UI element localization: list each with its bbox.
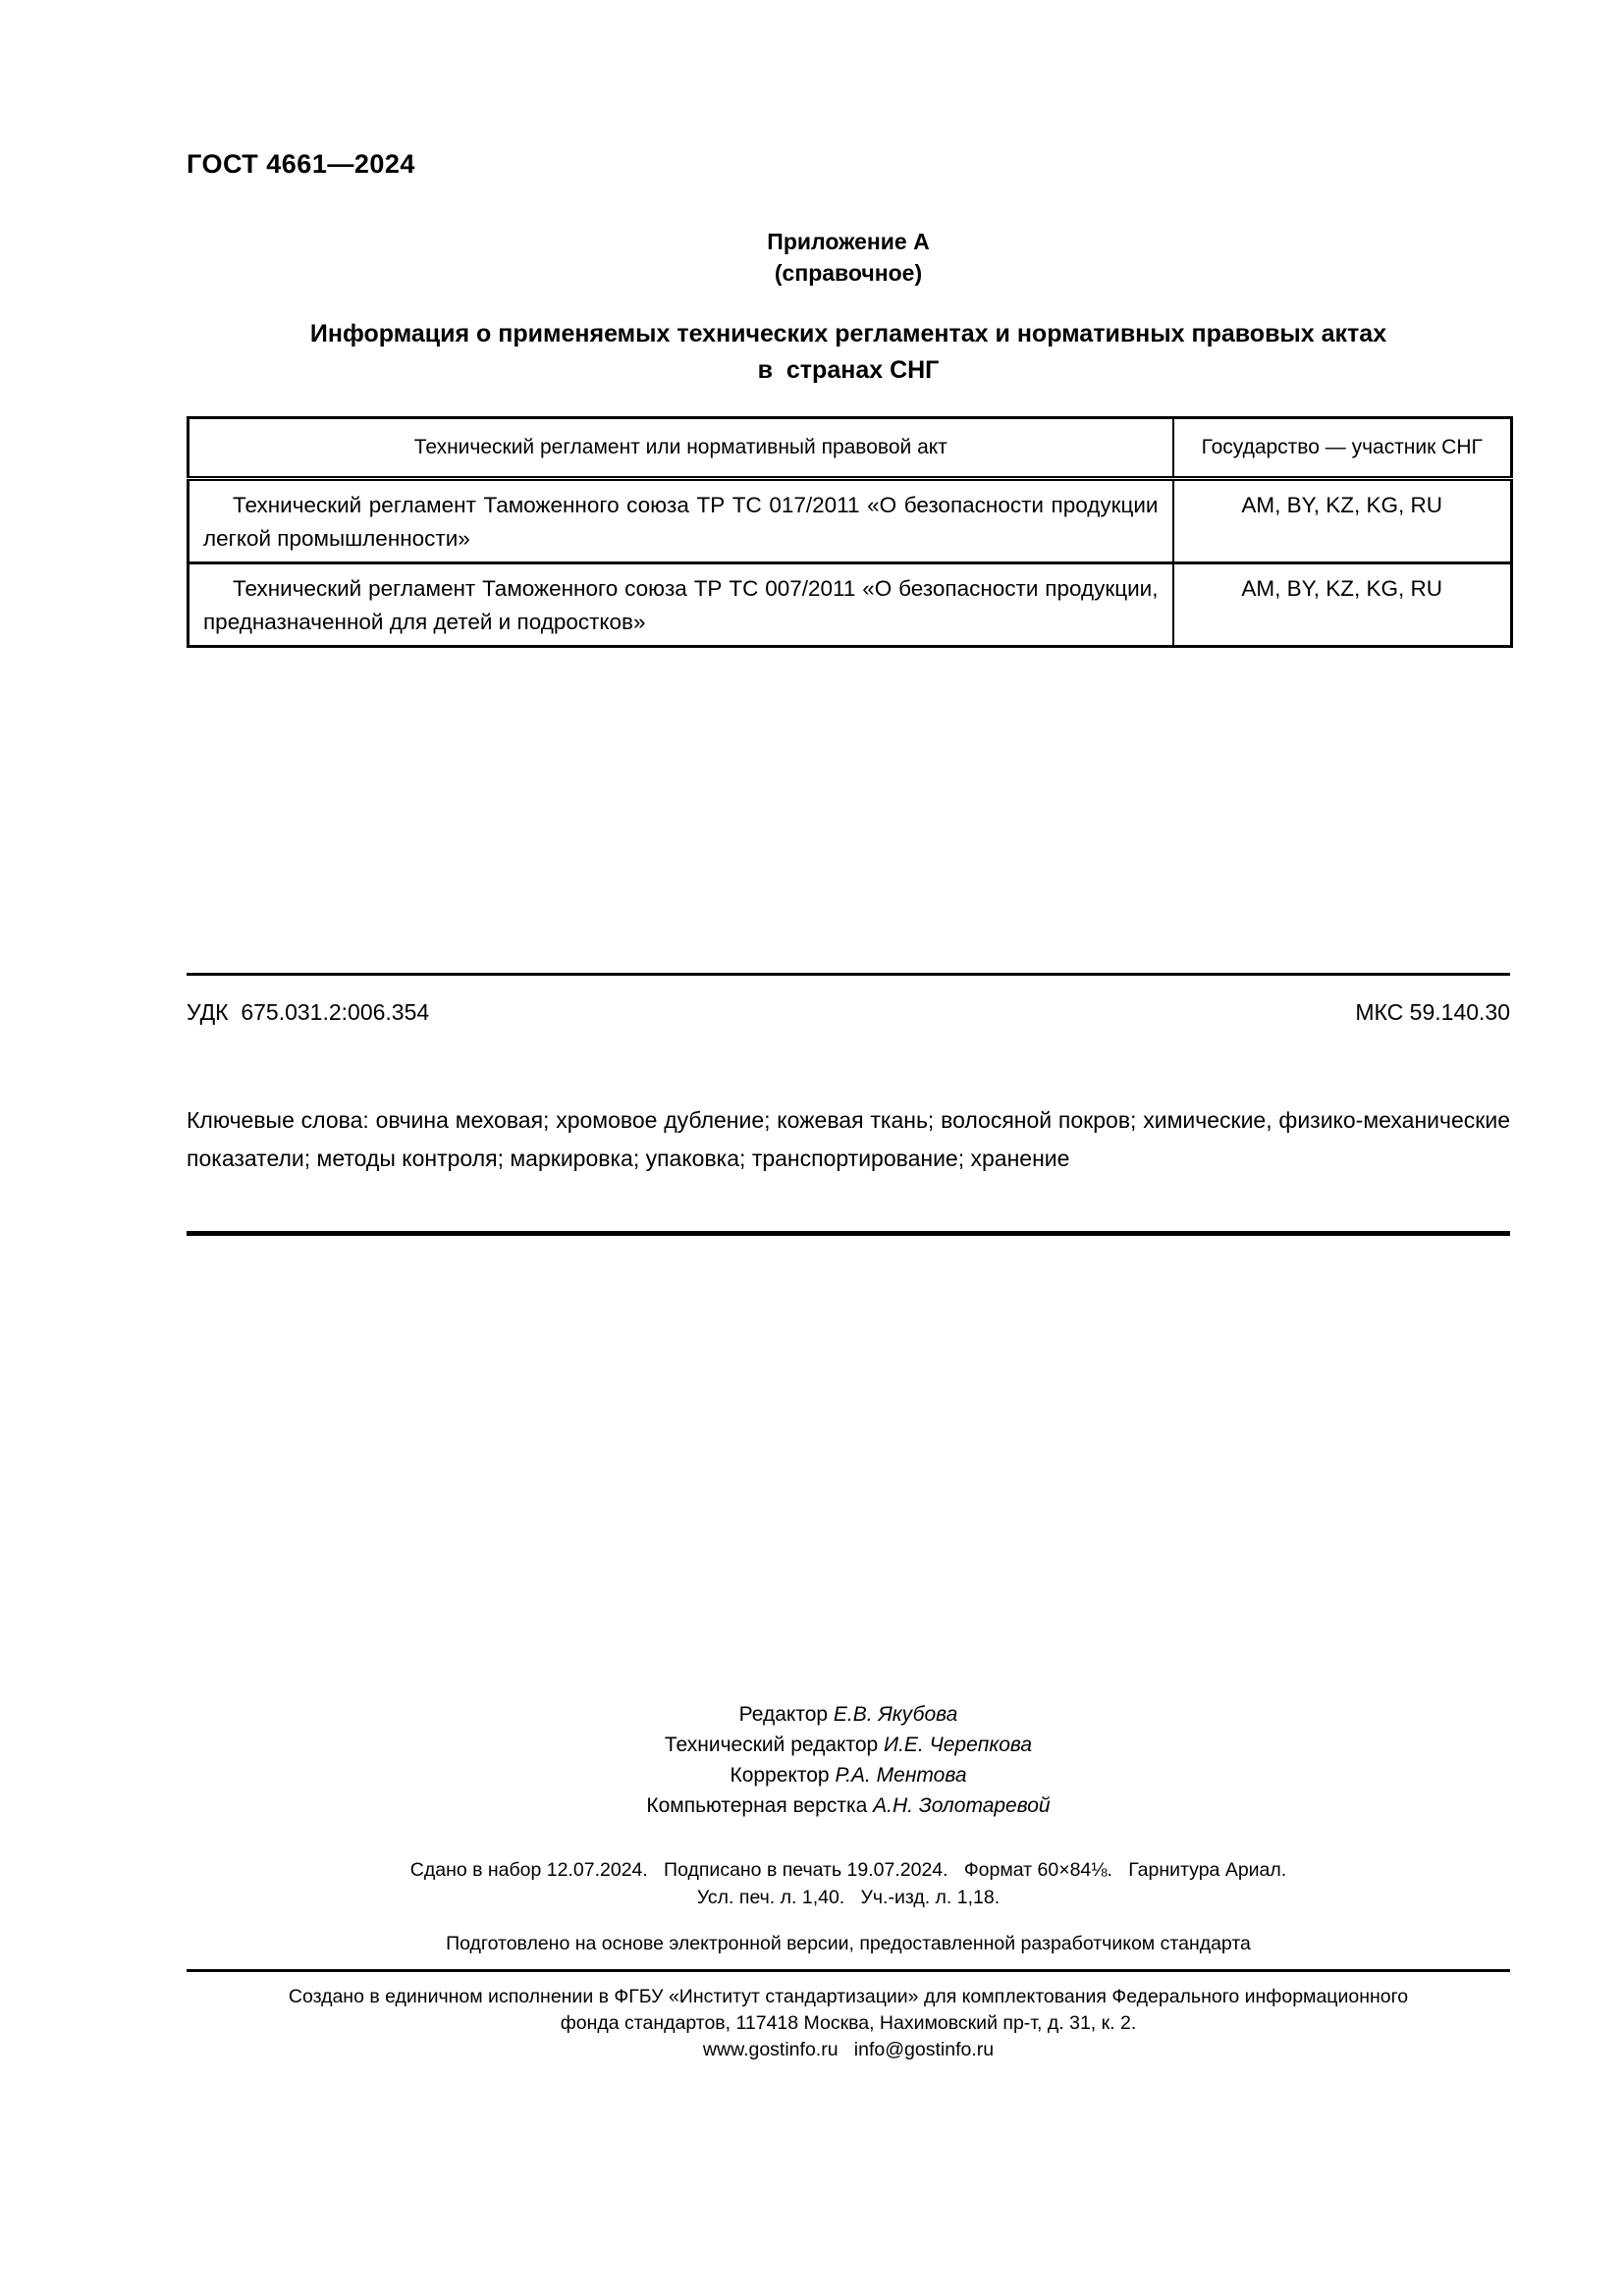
appendix-type: (справочное) (187, 257, 1510, 289)
credit-line: Технический редактор И.Е. Черепкова (187, 1730, 1510, 1760)
regulation-cell: Технический регламент Таможенного союза … (189, 479, 1173, 563)
doc-number: ГОСТ 4661—2024 (187, 149, 1510, 180)
mks-code: МКС 59.140.30 (1355, 999, 1510, 1026)
credit-line: Компьютерная верстка А.Н. Золотаревой (187, 1790, 1510, 1821)
regulations-table: Технический регламент или нормативный пр… (187, 416, 1513, 648)
credit-name: Е.В. Якубова (834, 1703, 957, 1726)
appendix-title-line1: Информация о применяемых технических рег… (187, 316, 1510, 352)
keywords-paragraph: Ключевые слова: овчина меховая; хромовое… (187, 1101, 1510, 1178)
imprint-line2: Усл. печ. л. 1,40. Уч.-изд. л. 1,18. (187, 1884, 1510, 1911)
credit-role: Редактор (739, 1703, 828, 1726)
appendix-label: Приложение А (187, 226, 1510, 257)
header-cell-regulation: Технический регламент или нормативный пр… (189, 418, 1173, 479)
footer-links: www.gostinfo.ru info@gostinfo.ru (187, 2037, 1510, 2063)
prepared-note: Подготовлено на основе электронной верси… (187, 1933, 1510, 1955)
credit-name: И.Е. Черепкова (884, 1734, 1032, 1756)
imprint-line1: Сдано в набор 12.07.2024. Подписано в пе… (187, 1856, 1510, 1884)
footer-created-line2: фонда стандартов, 117418 Москва, Нахимов… (187, 2010, 1510, 2037)
credit-name: Р.А. Ментова (835, 1764, 966, 1787)
table-row: Технический регламент Таможенного союза … (189, 563, 1512, 647)
divider-rule-top (187, 973, 1510, 976)
udk-code: УДК 675.031.2:006.354 (187, 999, 429, 1026)
divider-rule-footer (187, 1969, 1510, 1972)
credit-role: Компьютерная верстка (646, 1794, 867, 1817)
regulation-cell: Технический регламент Таможенного союза … (189, 563, 1173, 647)
table-row: Технический регламент Таможенного союза … (189, 479, 1512, 563)
footer-block: Создано в единичном исполнении в ФГБУ «И… (187, 1984, 1510, 2063)
states-cell: AM, BY, KZ, KG, RU (1173, 563, 1512, 647)
divider-rule-keywords (187, 1231, 1510, 1236)
credit-name: А.Н. Золотаревой (873, 1794, 1050, 1817)
classification-row: УДК 675.031.2:006.354 МКС 59.140.30 (187, 999, 1510, 1026)
states-cell: AM, BY, KZ, KG, RU (1173, 479, 1512, 563)
appendix-heading: Приложение А (справочное) (187, 226, 1510, 289)
credit-line: Редактор Е.В. Якубова (187, 1699, 1510, 1730)
credit-line: Корректор Р.А. Ментова (187, 1760, 1510, 1790)
credit-role: Корректор (730, 1764, 829, 1787)
document-page: ГОСТ 4661—2024 Приложение А (справочное)… (0, 0, 1624, 2296)
credits-block: Редактор Е.В. Якубова Технический редакт… (187, 1699, 1510, 1821)
credit-role: Технический редактор (665, 1734, 878, 1756)
imprint-block: Сдано в набор 12.07.2024. Подписано в пе… (187, 1856, 1510, 1911)
table-header-row: Технический регламент или нормативный пр… (189, 418, 1512, 479)
footer-created-line1: Создано в единичном исполнении в ФГБУ «И… (187, 1984, 1510, 2010)
header-cell-states: Государство — участник СНГ (1173, 418, 1512, 479)
appendix-title: Информация о применяемых технических рег… (187, 316, 1510, 389)
appendix-title-line2: в странах СНГ (187, 352, 1510, 389)
